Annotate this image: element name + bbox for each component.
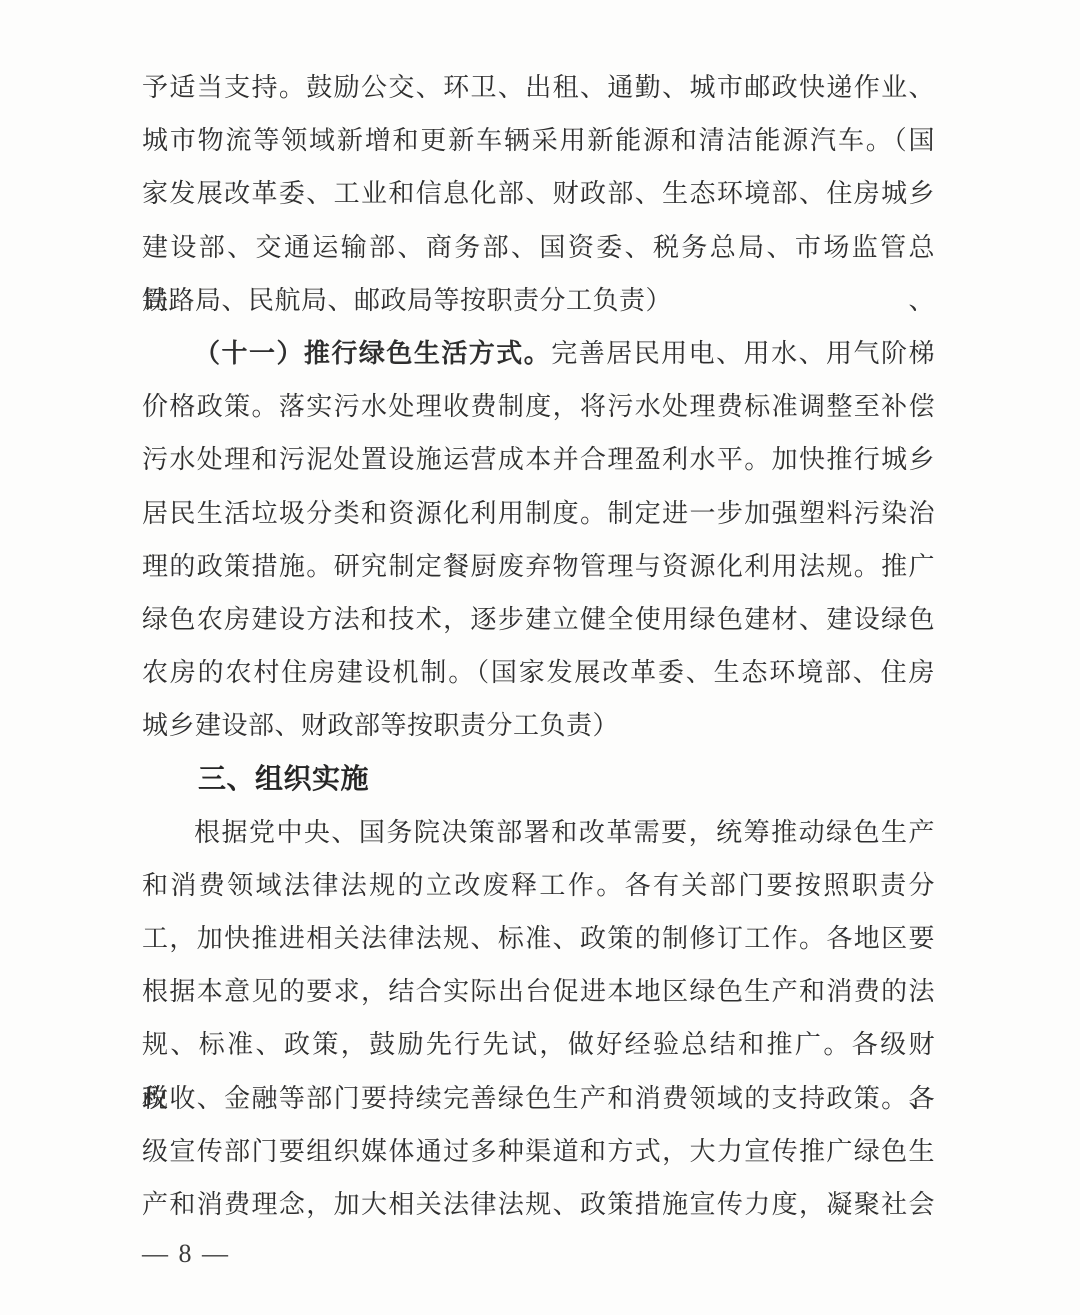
text-line: 予适当支持。鼓励公交、环卫、出租、通勤、城市邮政快递作业、 [142, 61, 935, 114]
text-line: （十一）推行绿色生活方式。完善居民用电、用水、用气阶梯 [142, 327, 935, 380]
text-line: 产和消费理念，加大相关法律法规、政策措施宣传力度，凝聚社会 [142, 1178, 935, 1231]
text-line: 税收、金融等部门要持续完善绿色生产和消费领域的支持政策。各 [142, 1072, 935, 1125]
section-heading: 三、组织实施 [142, 752, 935, 805]
line-text: 完善居民用电、用水、用气阶梯 [551, 339, 935, 368]
page-number-label: — 8 — [142, 1239, 230, 1268]
document-page: 予适当支持。鼓励公交、环卫、出租、通勤、城市邮政快递作业、城市物流等领域新增和更… [0, 0, 1080, 1315]
text-line: 农房的农村住房建设机制。（国家发展改革委、生态环境部、住房 [142, 646, 935, 699]
text-line: 级宣传部门要组织媒体通过多种渠道和方式，大力宣传推广绿色生 [142, 1125, 935, 1178]
text-line: 根据党中央、国务院决策部署和改革需要，统筹推动绿色生产 [142, 806, 935, 859]
text-line: 家发展改革委、工业和信息化部、财政部、生态环境部、住房城乡 [142, 167, 935, 220]
text-line: 城乡建设部、财政部等按职责分工负责） [142, 699, 935, 752]
text-line: 绿色农房建设方法和技术，逐步建立健全使用绿色建材、建设绿色 [142, 593, 935, 646]
text-line: 居民生活垃圾分类和资源化利用制度。制定进一步加强塑料污染治 [142, 487, 935, 540]
text-line: 理的政策措施。研究制定餐厨废弃物管理与资源化利用法规。推广 [142, 540, 935, 593]
text-line: 和消费领域法律法规的立改废释工作。各有关部门要按照职责分 [142, 859, 935, 912]
clause-title: （十一）推行绿色生活方式。 [194, 339, 551, 368]
text-line: 规、标准、政策，鼓励先行先试，做好经验总结和推广。各级财政、 [142, 1018, 935, 1071]
page-number: — 8 — [142, 1234, 230, 1274]
text-line: 污水处理和污泥处置设施运营成本并合理盈利水平。加快推行城乡 [142, 433, 935, 486]
text-line: 建设部、交通运输部、商务部、国资委、税务总局、市场监管总局、 [142, 221, 935, 274]
text-line: 城市物流等领域新增和更新车辆采用新能源和清洁能源汽车。（国 [142, 114, 935, 167]
text-line: 根据本意见的要求，结合实际出台促进本地区绿色生产和消费的法 [142, 965, 935, 1018]
text-line: 工，加快推进相关法律法规、标准、政策的制修订工作。各地区要 [142, 912, 935, 965]
text-line: 价格政策。落实污水处理收费制度，将污水处理费标准调整至补偿 [142, 380, 935, 433]
document-body: 予适当支持。鼓励公交、环卫、出租、通勤、城市邮政快递作业、城市物流等领域新增和更… [142, 61, 935, 1231]
